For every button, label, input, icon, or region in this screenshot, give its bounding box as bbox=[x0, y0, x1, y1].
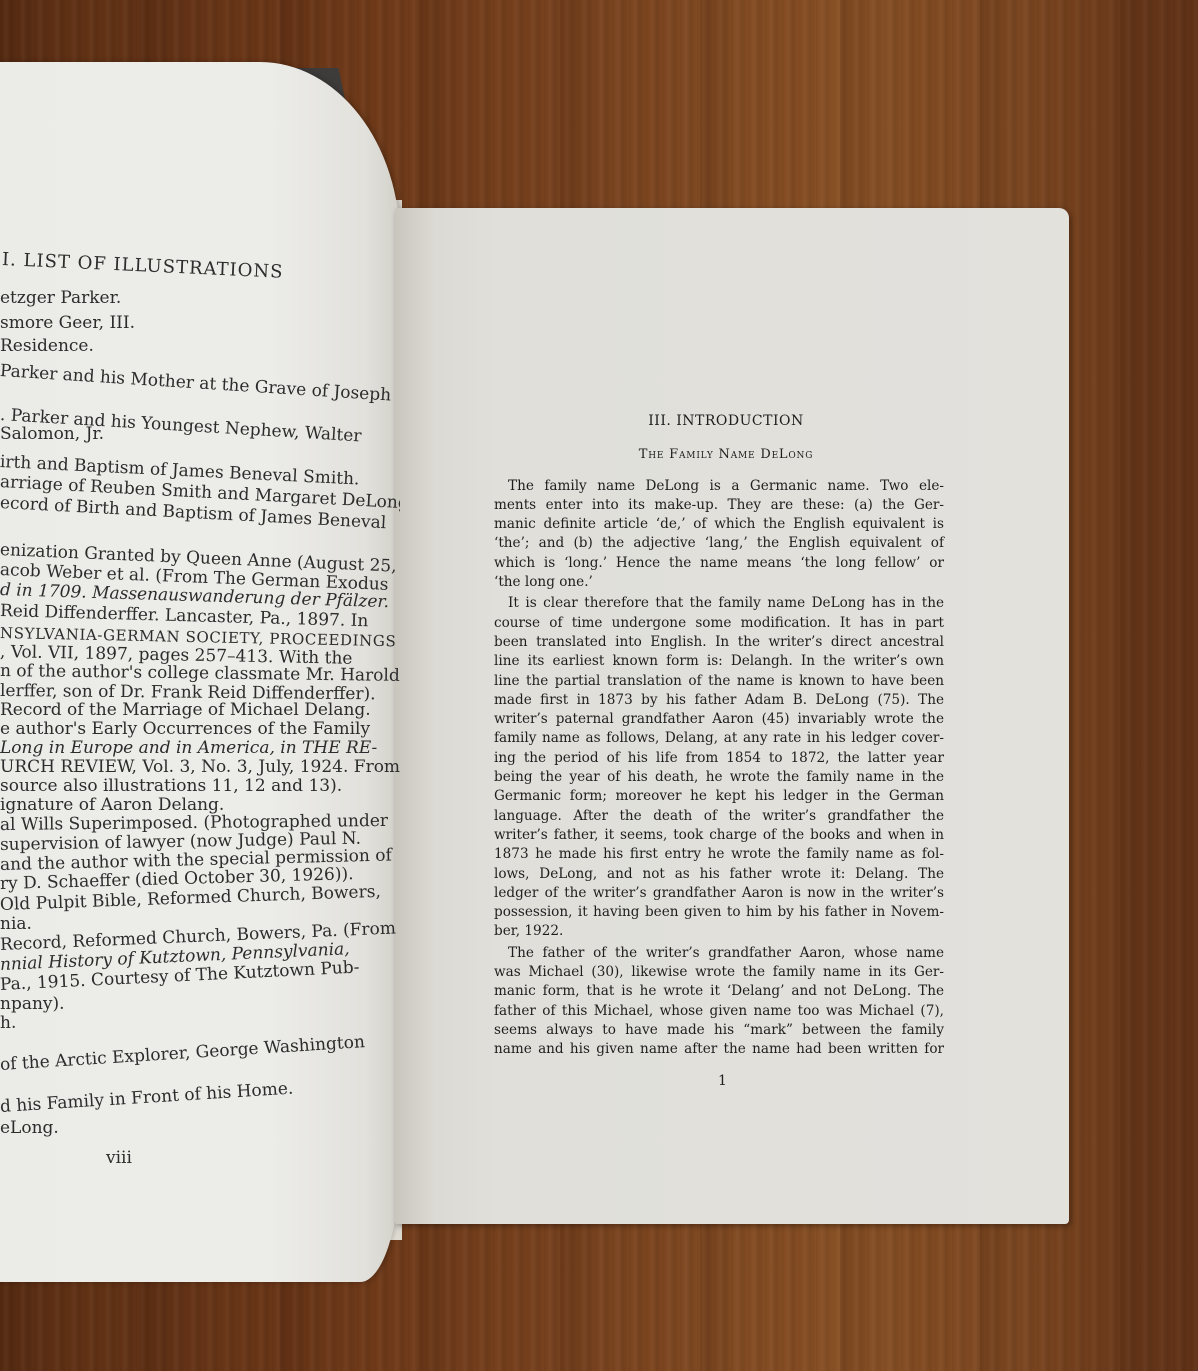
text-line: 1873 he made his first entry he wrote th… bbox=[494, 845, 944, 864]
illustration-line: eLong. bbox=[0, 1118, 59, 1138]
text-line: The family name DeLong is a Germanic nam… bbox=[494, 477, 944, 496]
list-of-illustrations-heading: I. LIST OF ILLUSTRATIONS bbox=[2, 250, 284, 283]
illustration-line: Record of the Marriage of Michael Delang… bbox=[0, 700, 371, 720]
text-line: been translated into English. In the wri… bbox=[494, 633, 944, 652]
text-line: language. After the death of the writer’… bbox=[494, 807, 944, 826]
text-line: ing the period of his life from 1854 to … bbox=[494, 749, 944, 768]
text-line: ‘the’; and (b) the adjective ‘lang,’ the… bbox=[494, 534, 944, 553]
illustration-line: Parker and his Mother at the Grave of Jo… bbox=[0, 361, 392, 406]
left-page-number: viii bbox=[106, 1148, 132, 1168]
illustration-line: nia. bbox=[0, 914, 32, 934]
text-line: It is clear therefore that the family na… bbox=[494, 594, 944, 613]
text-line: lows, DeLong, and not as his father wrot… bbox=[494, 865, 944, 884]
text-line: possession, it having been given to him … bbox=[494, 903, 944, 922]
text-line: ments enter into its make-up. They are t… bbox=[494, 496, 944, 515]
text-line: manic definite article ‘de,’ of which th… bbox=[494, 515, 944, 534]
illustration-line: Salomon, Jr. bbox=[0, 424, 104, 444]
text-line: was Michael (30), likewise wrote the fam… bbox=[494, 963, 944, 982]
text-line: line the partial translation of the name… bbox=[494, 672, 944, 691]
section-title: The Family Name DeLong bbox=[494, 445, 944, 464]
illustration-line: of the Arctic Explorer, George Washingto… bbox=[0, 1032, 365, 1075]
illustration-line: Residence. bbox=[0, 336, 94, 356]
paragraph-1: The family name DeLong is a Germanic nam… bbox=[494, 477, 944, 593]
illustration-line: URCH REVIEW, Vol. 3, No. 3, July, 1924. … bbox=[0, 757, 400, 777]
text-line: course of time undergone some modificati… bbox=[494, 614, 944, 633]
text-line: father of this Michael, whose given name… bbox=[494, 1002, 944, 1021]
text-line: seems always to have made his “mark” bet… bbox=[494, 1021, 944, 1040]
illustration-line: h. bbox=[0, 1013, 16, 1033]
text-line: manic form, that is he wrote it ‘Delang’… bbox=[494, 982, 944, 1001]
text-line: Germanic form; moreover he kept his ledg… bbox=[494, 787, 944, 806]
text-line: line its earliest known form is: Delangh… bbox=[494, 652, 944, 671]
illustration-line: smore Geer, III. bbox=[0, 313, 135, 333]
text-line: ledger of the writer’s grandfather Aaron… bbox=[494, 884, 944, 903]
paragraph-3: The father of the writer’s grandfather A… bbox=[494, 944, 944, 1060]
right-page-number: 1 bbox=[718, 1073, 727, 1089]
chapter-title: III. INTRODUCTION bbox=[494, 412, 944, 431]
illustration-line: etzger Parker. bbox=[0, 288, 121, 308]
right-page-text: III. INTRODUCTION The Family Name DeLong… bbox=[494, 412, 944, 1060]
left-page-text: I. LIST OF ILLUSTRATIONS etzger Parker. … bbox=[0, 0, 400, 1371]
text-line: ber, 1922. bbox=[494, 922, 944, 941]
text-line: family name as follows, Delang, at any r… bbox=[494, 729, 944, 748]
text-line: made first in 1873 by his father Adam B.… bbox=[494, 691, 944, 710]
illustration-line: Long in Europe and in America, in THE RE… bbox=[0, 738, 377, 758]
text-line: which is ‘long.’ Hence the name means ‘t… bbox=[494, 554, 944, 573]
text-line: writer’s paternal grandfather Aaron (45)… bbox=[494, 710, 944, 729]
text-line: name and his given name after the name h… bbox=[494, 1040, 944, 1059]
text-line: writer’s father, it seems, took charge o… bbox=[494, 826, 944, 845]
paragraph-2: It is clear therefore that the family na… bbox=[494, 594, 944, 941]
text-line: being the year of his death, he wrote th… bbox=[494, 768, 944, 787]
text-line: ‘the long one.’ bbox=[494, 573, 944, 592]
text-line: The father of the writer’s grandfather A… bbox=[494, 944, 944, 963]
illustration-line: npany). bbox=[0, 994, 65, 1014]
illustration-line: e author's Early Occurrences of the Fami… bbox=[0, 719, 370, 739]
illustration-line: d his Family in Front of his Home. bbox=[0, 1079, 294, 1117]
illustration-line: source also illustrations 11, 12 and 13)… bbox=[0, 776, 342, 796]
